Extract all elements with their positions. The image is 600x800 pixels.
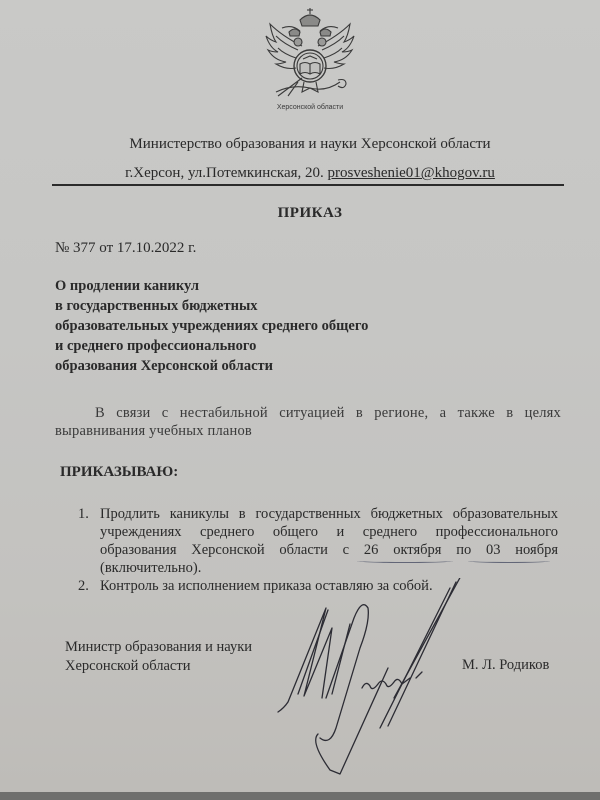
order-item: 1. Продлить каникулы в государственных б… xyxy=(78,505,558,577)
subject-line: образовательных учреждениях среднего общ… xyxy=(55,316,368,336)
subject-line: и среднего профессионального xyxy=(55,336,368,356)
document-type-title: ПРИКАЗ xyxy=(0,205,600,222)
document-subject: О продлении каникул в государственных бю… xyxy=(55,276,368,376)
subject-line: образования Херсонской области xyxy=(55,356,368,376)
preamble-line: В связи с нестабильной ситуацией в регио… xyxy=(55,404,561,422)
page-bottom-edge xyxy=(0,792,600,800)
handwritten-underline-start-date xyxy=(357,559,453,563)
item-line: образования Херсонской области с 26 октя… xyxy=(100,541,558,559)
item-line: Продлить каникулы в государственных бюдж… xyxy=(100,505,558,523)
handwritten-underline-end-date xyxy=(468,559,550,563)
signer-position: Министр образования и науки Херсонской о… xyxy=(65,638,252,676)
subject-line: О продлении каникул xyxy=(55,276,368,296)
document-number: № 377 от 17.10.2022 г. xyxy=(55,240,196,257)
order-heading: ПРИКАЗЫВАЮ: xyxy=(60,464,178,481)
signer-position-line: Министр образования и науки xyxy=(65,638,252,657)
coat-of-arms-icon xyxy=(262,6,358,104)
email-link[interactable]: prosveshenie01@khogov.ru xyxy=(328,165,495,181)
handwritten-signature-icon xyxy=(270,578,470,778)
signer-position-line: Херсонской области xyxy=(65,657,252,676)
item-text: Продлить каникулы в государственных бюдж… xyxy=(100,505,558,577)
header-divider xyxy=(52,184,564,186)
item-number: 1. xyxy=(78,505,100,577)
subject-line: в государственных бюджетных xyxy=(55,296,368,316)
signer-name: М. Л. Родиков xyxy=(462,657,549,674)
ministry-name: Министерство образования и науки Херсонс… xyxy=(0,136,600,153)
item-number: 2. xyxy=(78,577,100,595)
preamble-paragraph: В связи с нестабильной ситуацией в регио… xyxy=(55,404,561,440)
ministry-address: г.Херсон, ул.Потемкинская, 20. prosveshe… xyxy=(0,165,600,182)
street-address: г.Херсон, ул.Потемкинская, 20. xyxy=(125,165,324,181)
item-line: учреждениях среднего общего и среднего п… xyxy=(100,523,558,541)
emblem-caption: Херсонской области xyxy=(255,104,365,111)
document-page: Херсонской области Министерство образова… xyxy=(0,0,600,792)
preamble-line: выравнивания учебных планов xyxy=(55,423,252,439)
